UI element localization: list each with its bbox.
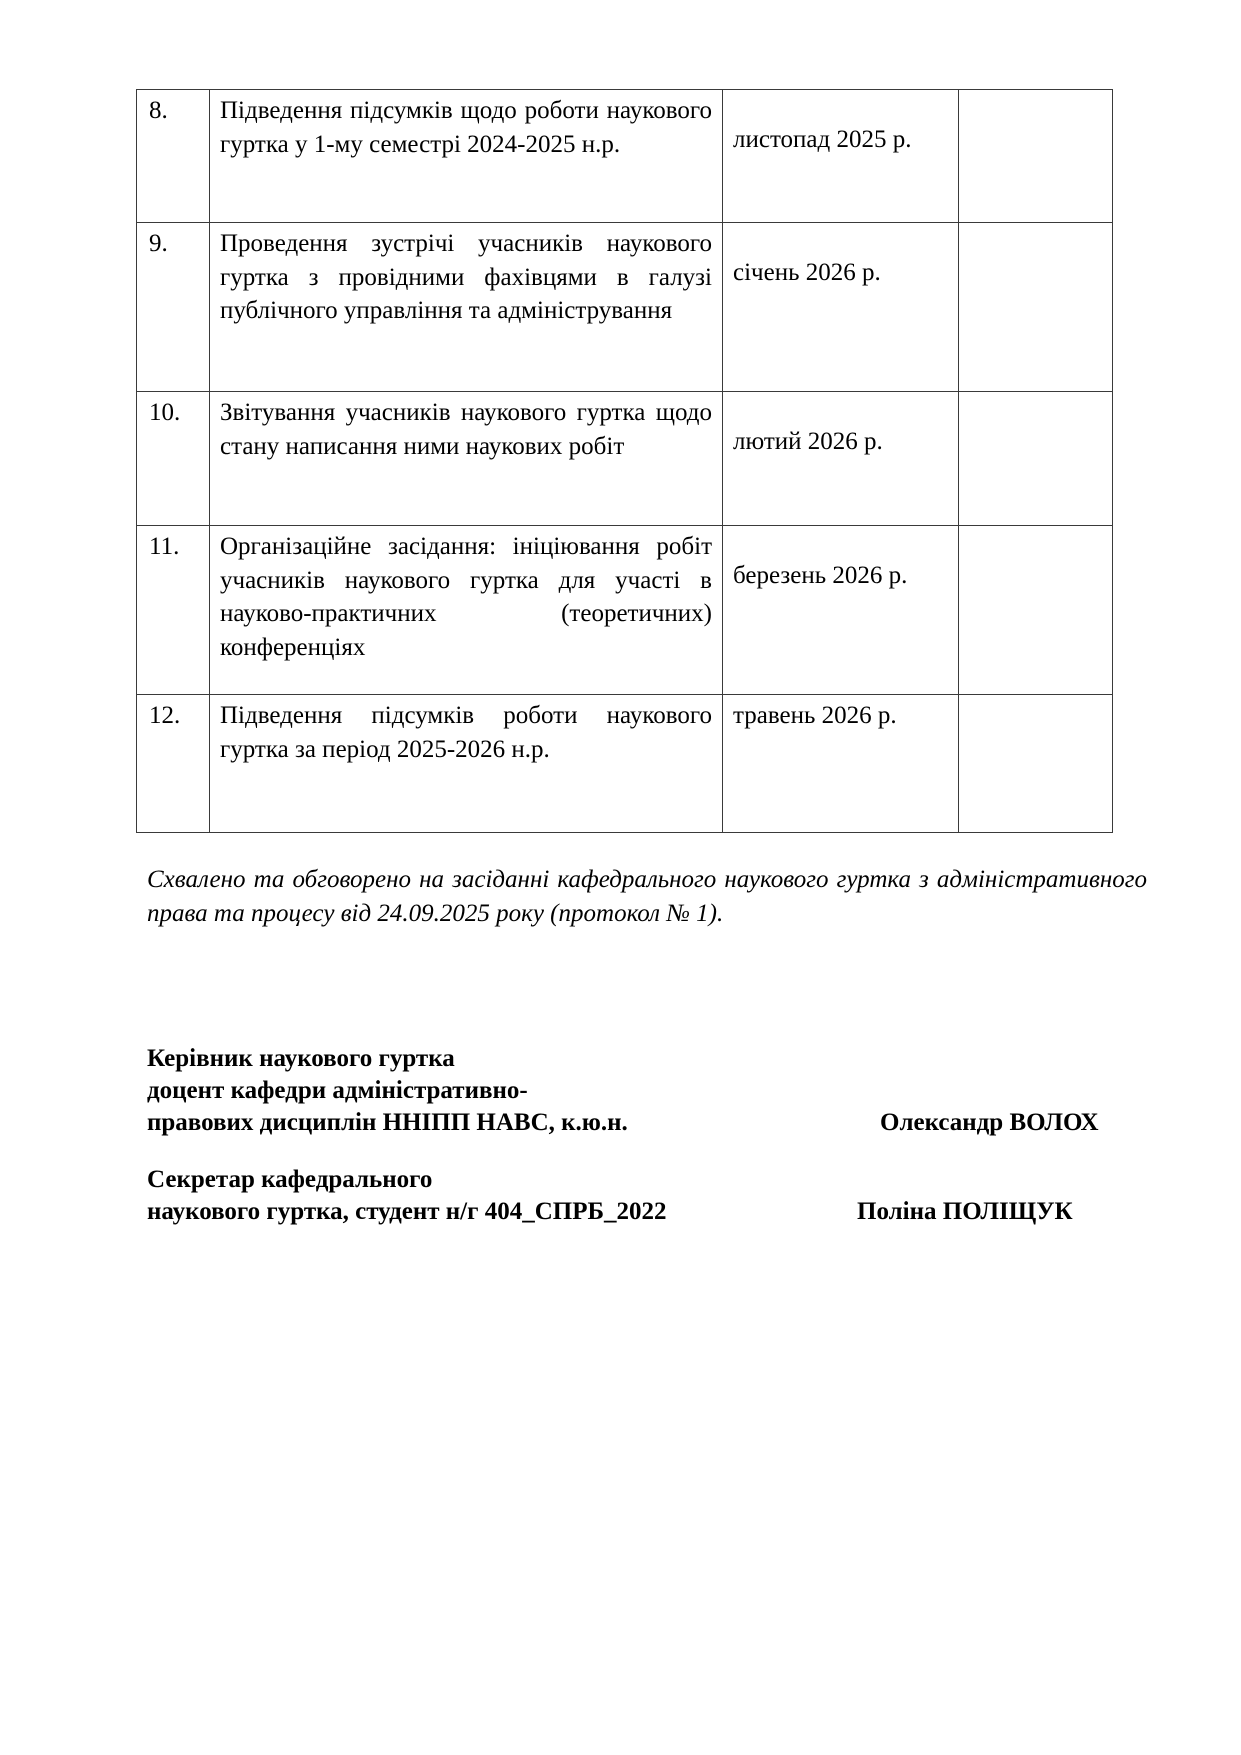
signature-name: Поліна ПОЛІЩУК xyxy=(857,1196,1073,1228)
signature-title-line: Керівник наукового гуртка xyxy=(147,1043,1147,1075)
date-text: травень 2026 р. xyxy=(733,699,948,733)
note-cell xyxy=(959,90,1113,223)
activity-cell: Підведення підсумків щодо роботи науково… xyxy=(210,90,723,223)
row-number: 11. xyxy=(137,526,210,695)
table-row: 8. Підведення підсумків щодо роботи наук… xyxy=(137,90,1113,223)
row-number: 9. xyxy=(137,223,210,392)
table-row: 12. Підведення підсумків роботи науковог… xyxy=(137,695,1113,833)
activity-cell: Звітування учасників наукового гуртка що… xyxy=(210,392,723,526)
signature-title-line: доцент кафедри адміністративно- xyxy=(147,1075,1147,1107)
date-cell: травень 2026 р. xyxy=(723,695,959,833)
table-row: 11. Організаційне засідання: ініціювання… xyxy=(137,526,1113,695)
signature-title-line: Секретар кафедрального xyxy=(147,1164,1147,1196)
note-cell xyxy=(959,695,1113,833)
date-cell: січень 2026 р. xyxy=(723,223,959,392)
row-number: 10. xyxy=(137,392,210,526)
row-number: 8. xyxy=(137,90,210,223)
date-text: лютий 2026 р. xyxy=(733,425,948,459)
date-text: листопад 2025 р. xyxy=(733,123,948,157)
date-cell: листопад 2025 р. xyxy=(723,90,959,223)
date-cell: лютий 2026 р. xyxy=(723,392,959,526)
signature-secretary: Секретар кафедрального наукового гуртка,… xyxy=(147,1164,1147,1228)
date-cell: березень 2026 р. xyxy=(723,526,959,695)
note-cell xyxy=(959,392,1113,526)
table-row: 10. Звітування учасників наукового гуртк… xyxy=(137,392,1113,526)
date-text: березень 2026 р. xyxy=(733,559,948,593)
activity-cell: Проведення зустрічі учасників наукового … xyxy=(210,223,723,392)
table-row: 9. Проведення зустрічі учасників науково… xyxy=(137,223,1113,392)
activity-plan-table: 8. Підведення підсумків щодо роботи наук… xyxy=(136,89,1113,833)
approval-note: Схвалено та обговорено на засіданні кафе… xyxy=(147,863,1147,931)
signature-head: Керівник наукового гуртка доцент кафедри… xyxy=(147,1043,1147,1139)
signature-name: Олександр ВОЛОХ xyxy=(880,1107,1099,1139)
date-text: січень 2026 р. xyxy=(733,256,948,290)
activity-cell: Підведення підсумків роботи наукового гу… xyxy=(210,695,723,833)
activity-cell: Організаційне засідання: ініціювання роб… xyxy=(210,526,723,695)
note-cell xyxy=(959,223,1113,392)
row-number: 12. xyxy=(137,695,210,833)
note-cell xyxy=(959,526,1113,695)
